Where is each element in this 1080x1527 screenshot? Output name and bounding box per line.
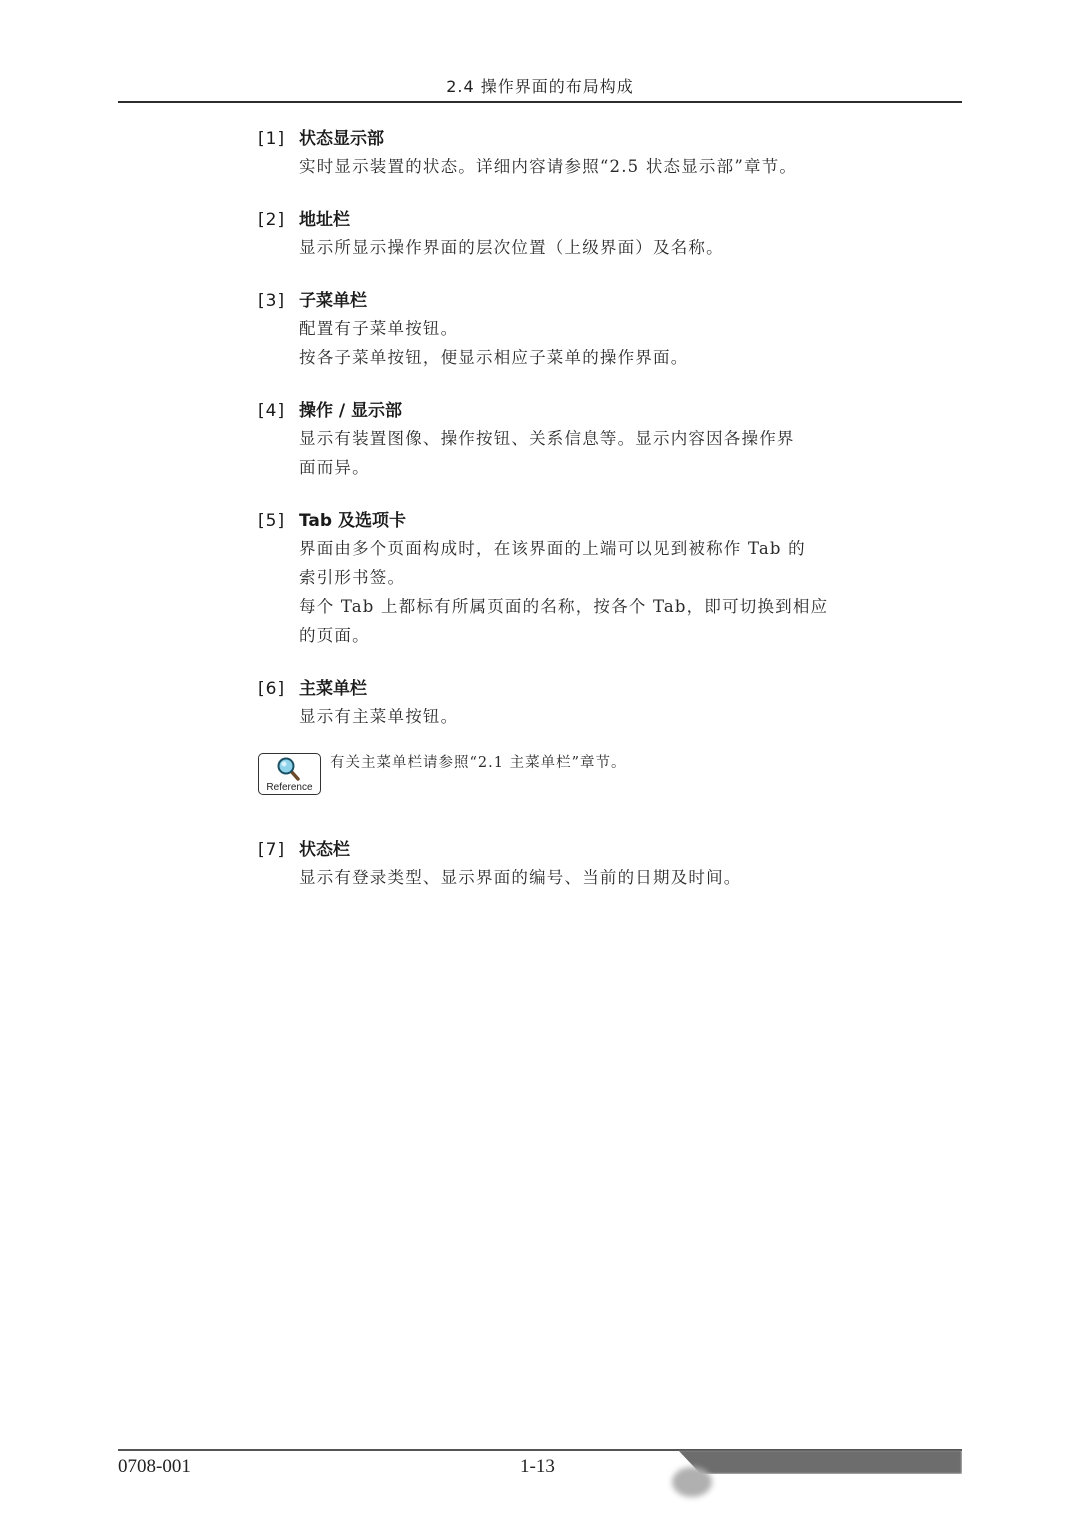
section-heading: [7] 状态栏 [258, 837, 898, 863]
section-number: [6] [258, 676, 299, 702]
section-heading: [5] Tab 及选项卡 [258, 508, 898, 534]
section-operation-display: [4] 操作 / 显示部 显示有装置图像、操作按钮、关系信息等。显示内容因各操作… [258, 398, 898, 482]
footer-page-number: 1-13 [520, 1456, 555, 1478]
section-heading: [1] 状态显示部 [258, 126, 898, 152]
body-line: 配置有子菜单按钮。 [299, 314, 898, 343]
body-line: 实时显示装置的状态。详细内容请参照“2.5 状态显示部”章节。 [299, 152, 898, 181]
section-number: [4] [258, 398, 299, 424]
body-line: 每个 Tab 上都标有所属页面的名称，按各个 Tab，即可切换到相应 [299, 592, 898, 621]
magnifier-icon [276, 756, 302, 782]
section-heading: [3] 子菜单栏 [258, 288, 898, 314]
section-heading: [6] 主菜单栏 [258, 676, 898, 702]
section-number: [7] [258, 837, 299, 863]
section-heading: [2] 地址栏 [258, 207, 898, 233]
body-line: 面而异。 [299, 453, 898, 482]
reference-note: Reference 有关主菜单栏请参照“2.1 主菜单栏”章节。 [258, 753, 898, 803]
section-number: [5] [258, 508, 299, 534]
body-line: 显示有登录类型、显示界面的编号、当前的日期及时间。 [299, 863, 898, 892]
section-title: Tab 及选项卡 [299, 508, 406, 534]
body-line: 显示所显示操作界面的层次位置（上级界面）及名称。 [299, 233, 898, 262]
section-title: 主菜单栏 [299, 676, 367, 702]
body-line: 索引形书签。 [299, 563, 898, 592]
section-main-menu-bar: [6] 主菜单栏 显示有主菜单按钮。 [258, 676, 898, 731]
section-number: [1] [258, 126, 299, 152]
body-line: 按各子菜单按钮，便显示相应子菜单的操作界面。 [299, 343, 898, 372]
section-body: 显示所显示操作界面的层次位置（上级界面）及名称。 [299, 233, 898, 262]
page-content: [1] 状态显示部 实时显示装置的状态。详细内容请参照“2.5 状态显示部”章节… [258, 126, 898, 918]
section-submenu-bar: [3] 子菜单栏 配置有子菜单按钮。 按各子菜单按钮，便显示相应子菜单的操作界面… [258, 288, 898, 372]
body-line: 的页面。 [299, 621, 898, 650]
section-body: 显示有登录类型、显示界面的编号、当前的日期及时间。 [299, 863, 898, 892]
section-number: [3] [258, 288, 299, 314]
reference-badge: Reference [258, 753, 321, 795]
body-line: 显示有装置图像、操作按钮、关系信息等。显示内容因各操作界 [299, 424, 898, 453]
section-status-bar: [7] 状态栏 显示有登录类型、显示界面的编号、当前的日期及时间。 [258, 837, 898, 892]
section-title: 状态显示部 [299, 126, 384, 152]
footer-document-number: 0708-001 [118, 1456, 191, 1478]
body-line: 显示有主菜单按钮。 [299, 702, 898, 731]
reference-text: 有关主菜单栏请参照“2.1 主菜单栏”章节。 [330, 751, 627, 772]
section-body: 显示有装置图像、操作按钮、关系信息等。显示内容因各操作界 面而异。 [299, 424, 898, 482]
section-number: [2] [258, 207, 299, 233]
section-status-display: [1] 状态显示部 实时显示装置的状态。详细内容请参照“2.5 状态显示部”章节… [258, 126, 898, 181]
section-body: 显示有主菜单按钮。 [299, 702, 898, 731]
section-body: 界面由多个页面构成时，在该界面的上端可以见到被称作 Tab 的 索引形书签。 每… [299, 534, 898, 650]
section-body: 实时显示装置的状态。详细内容请参照“2.5 状态显示部”章节。 [299, 152, 898, 181]
section-address-bar: [2] 地址栏 显示所显示操作界面的层次位置（上级界面）及名称。 [258, 207, 898, 262]
body-line: 界面由多个页面构成时，在该界面的上端可以见到被称作 Tab 的 [299, 534, 898, 563]
section-title: 地址栏 [299, 207, 350, 233]
section-title: 状态栏 [299, 837, 350, 863]
page-header-title: 2.4 操作界面的布局构成 [0, 74, 1080, 97]
section-heading: [4] 操作 / 显示部 [258, 398, 898, 424]
reference-label: Reference [259, 782, 320, 793]
header-divider [118, 101, 962, 103]
footer-watermark-blur [672, 1467, 712, 1497]
section-title: 子菜单栏 [299, 288, 367, 314]
section-tabs: [5] Tab 及选项卡 界面由多个页面构成时，在该界面的上端可以见到被称作 T… [258, 508, 898, 650]
section-title: 操作 / 显示部 [299, 398, 402, 424]
section-body: 配置有子菜单按钮。 按各子菜单按钮，便显示相应子菜单的操作界面。 [299, 314, 898, 372]
footer-decorative-band [678, 1450, 962, 1474]
